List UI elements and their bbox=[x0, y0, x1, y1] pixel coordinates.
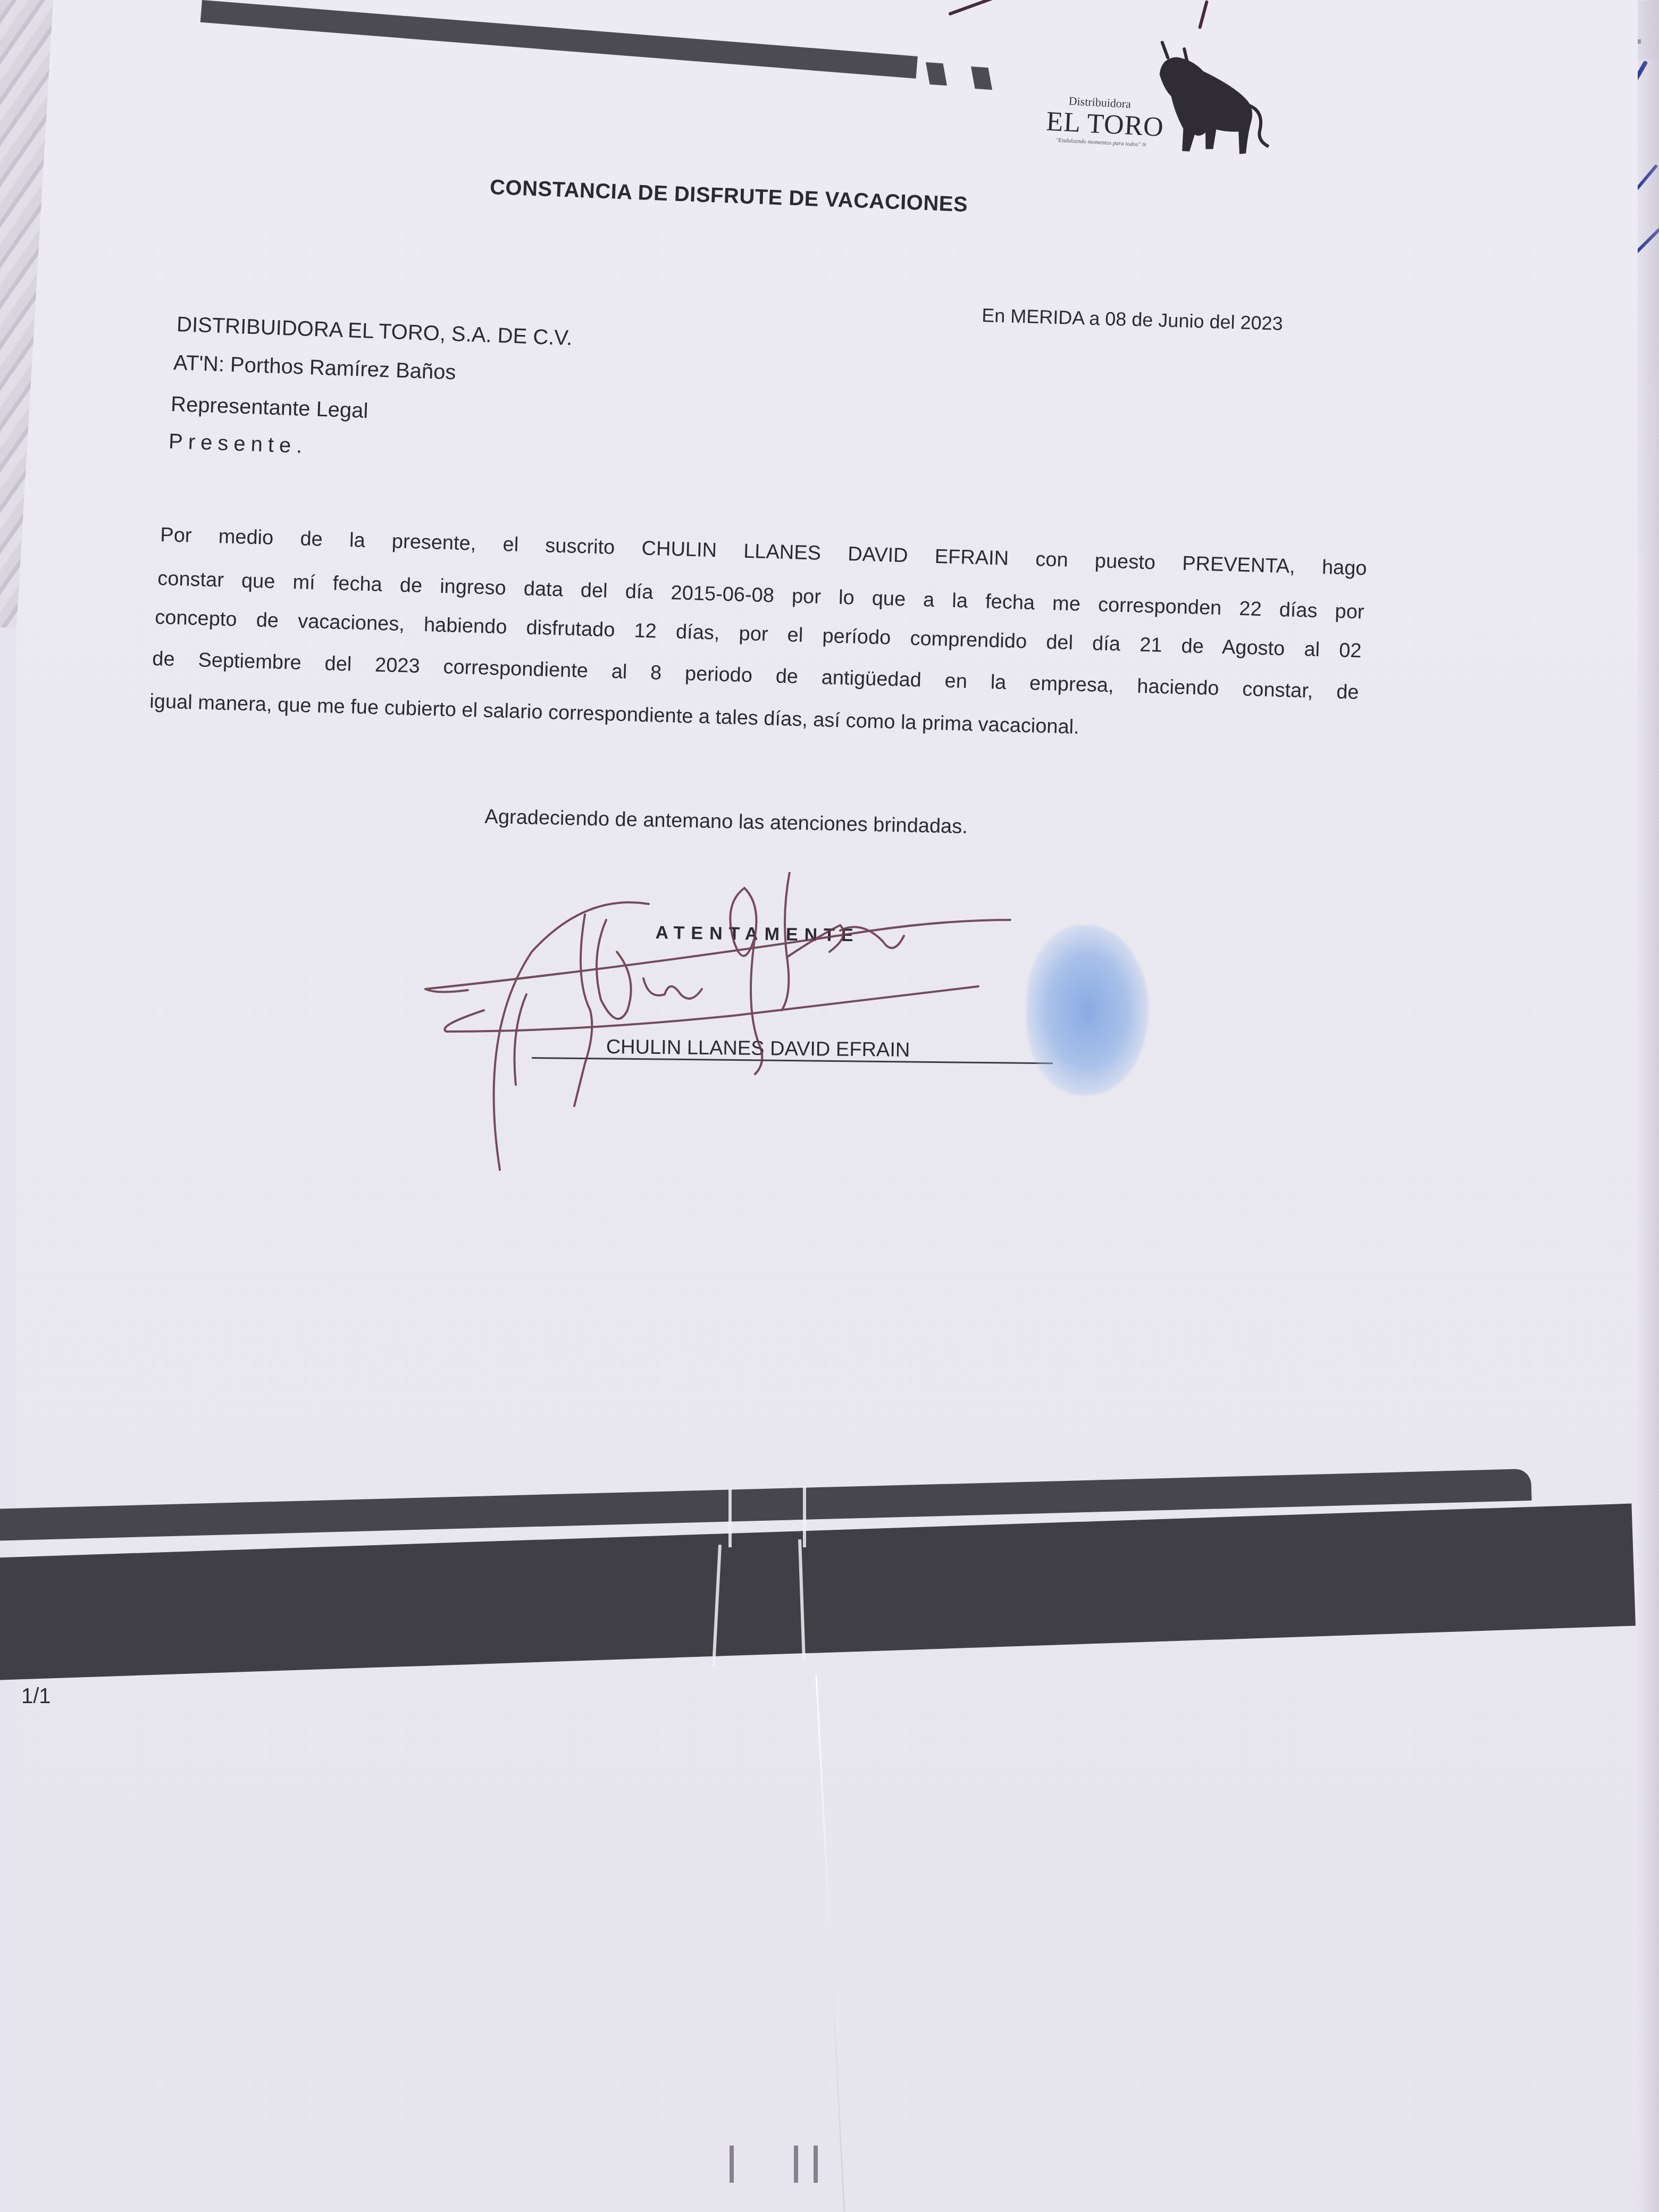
print-mark bbox=[814, 2146, 818, 2183]
handwritten-signature bbox=[415, 872, 1159, 1180]
addressee-greeting: Presente. bbox=[168, 430, 308, 458]
print-mark bbox=[730, 2146, 734, 2183]
sheet-edge-shadow bbox=[1638, 0, 1659, 2212]
print-mark bbox=[794, 2146, 798, 2183]
company-logo: Distribuidora EL TORO "Endulzando moment… bbox=[1034, 26, 1291, 177]
bull-icon bbox=[1119, 30, 1285, 171]
page-number: 1/1 bbox=[21, 1685, 51, 1708]
printer-streak bbox=[803, 1486, 806, 1547]
printer-streak bbox=[728, 1489, 732, 1547]
